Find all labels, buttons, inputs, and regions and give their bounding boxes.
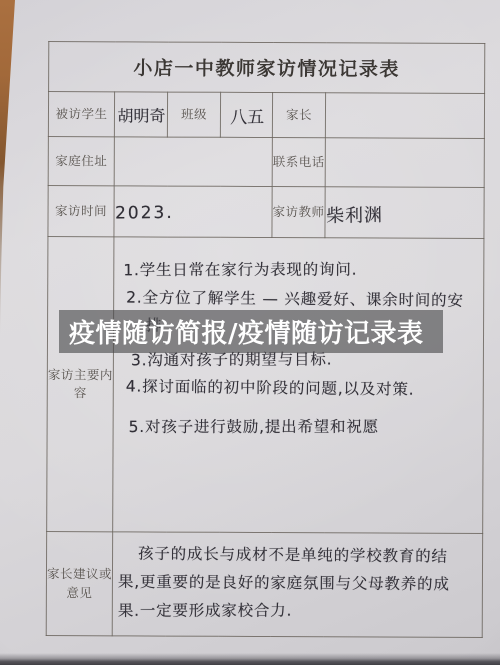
class-value: 八五 <box>220 92 273 138</box>
parent-suggestion-label: 家长建议或意见 <box>46 532 112 636</box>
parent-suggestion-cell: 孩子的成长与成材不是单纯的学校教育的结 果,更重要的是良好的家庭氛围与父母教养的… <box>112 532 482 638</box>
main-content-item: 1.学生日常在家行为表现的询问. <box>123 258 357 281</box>
parent-value-empty <box>325 93 484 139</box>
watermark-text: 疫情随访简报/疫情随访记录表 <box>59 313 424 350</box>
main-content-label: 家访主要内容 <box>47 237 114 532</box>
watermark-banner: 疫情随访简报/疫情随访记录表 <box>59 310 443 353</box>
main-content-item: 2.全方位了解学生 — 兴趣爱好、课余时间的安 <box>126 286 464 311</box>
document-photo: 小店一中教师家访情况记录表 被访学生 胡明奇 班级 八五 家长 家庭住址 联系电… <box>0 0 500 665</box>
suggestion-line: 果,更重要的是良好的家庭氛围与父母教养的成 <box>118 570 450 595</box>
visit-teacher-label: 家访教师 <box>272 187 325 238</box>
main-content-item: 5.对孩子进行鼓励,提出希望和祝愿 <box>129 415 379 437</box>
visit-time-value: 2023. <box>114 185 272 238</box>
contact-phone-label: 联系电话 <box>272 138 325 187</box>
form-title: 小店一中教师家访情况记录表 <box>49 42 485 94</box>
class-label: 班级 <box>167 92 220 137</box>
suggestion-line: 果.一定要形成家校合力. <box>118 599 292 621</box>
visited-student-value: 胡明奇 <box>114 92 167 137</box>
parent-label: 家长 <box>272 93 325 138</box>
main-content-item: 4.探讨面临的初中阶段的问题,以及对策. <box>126 374 415 399</box>
contact-phone-value-empty <box>325 138 484 188</box>
photo-edge-surface-wedge <box>0 0 15 340</box>
visited-student-label: 被访学生 <box>48 92 114 137</box>
home-address-label: 家庭住址 <box>48 137 114 186</box>
visit-teacher-value: 柴利渊 <box>325 186 485 240</box>
home-address-value-empty <box>114 137 272 187</box>
visit-time-label: 家访时间 <box>48 186 114 237</box>
main-content-cell: 1.学生日常在家行为表现的询问. 2.全方位了解学生 — 兴趣爱好、课余时间的安… <box>113 237 484 534</box>
photo-edge-bottom-shadow <box>0 653 500 665</box>
suggestion-line: 孩子的成长与成材不是单纯的学校教育的结 <box>138 542 448 567</box>
